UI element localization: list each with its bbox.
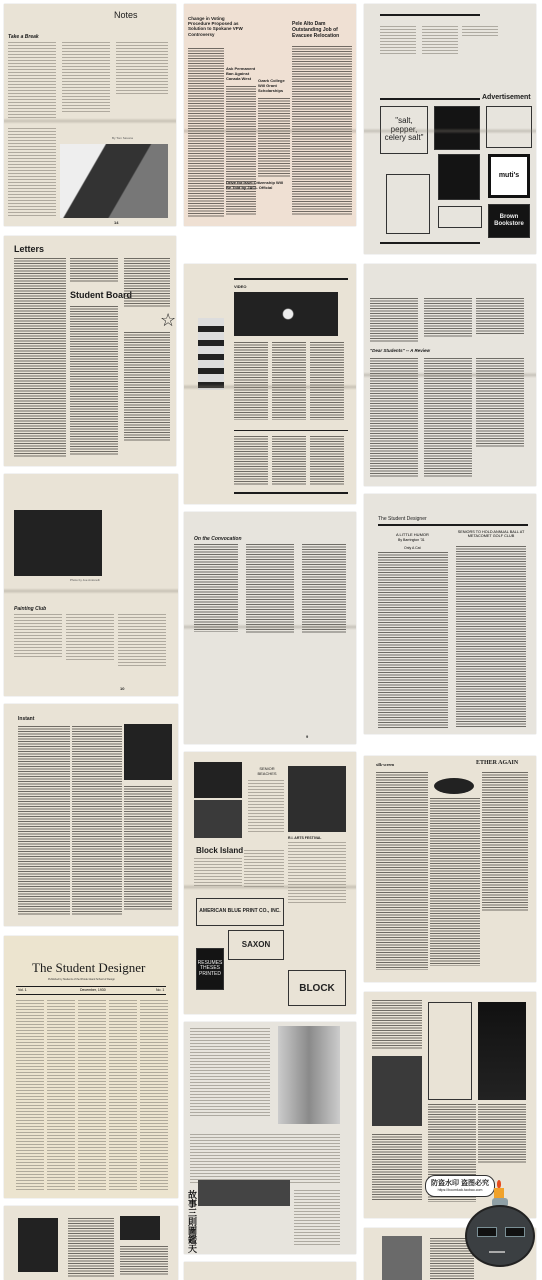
photo-blonde-portrait (382, 1236, 422, 1280)
ad-section-rule (380, 98, 480, 100)
ad-script[interactable] (438, 206, 482, 228)
page-fold (4, 588, 178, 594)
page-title: Letters (14, 244, 44, 254)
bomb-mascot-icon (465, 1205, 535, 1267)
page-fold (184, 128, 356, 134)
sunglasses-right (505, 1227, 525, 1237)
flame-icon (497, 1180, 501, 1188)
photo-caption: Photo by Joe Antonelli (70, 578, 100, 582)
text-column (14, 614, 62, 658)
text-column (190, 1028, 270, 1118)
page-student-designer-front[interactable]: The Student Designer Published by Studen… (4, 936, 178, 1198)
text-column (118, 614, 166, 666)
text-column (430, 798, 480, 966)
page-review[interactable]: "Dear Students" -- A Review (364, 264, 536, 486)
text-column (47, 1000, 75, 1190)
ad-block[interactable]: BLOCK (288, 970, 346, 1006)
page-japanese[interactable]: 故事三則圖鑑天 (184, 1022, 356, 1254)
text-column (194, 544, 238, 632)
masthead: The Student Designer (32, 960, 145, 976)
page-block-island[interactable]: SENIOR BEACHES R.I. ARTS FESTIVAL Block … (184, 752, 356, 1014)
ad-pot-o-rama[interactable] (486, 106, 532, 148)
article-heading: On the Convocation (194, 536, 242, 542)
text-column (456, 546, 526, 728)
issue-date: December, 1930 (80, 988, 106, 992)
masthead: The Student Designer (378, 516, 427, 522)
star-icon: ☆ (160, 310, 176, 331)
text-column (310, 342, 344, 420)
text-column (124, 258, 170, 308)
text-column (378, 552, 448, 728)
photo-bodybuilder (278, 1026, 340, 1124)
page-fold (364, 128, 536, 134)
page-fold (364, 372, 536, 378)
text-column (376, 772, 428, 970)
text-column (124, 332, 170, 442)
photo-face-strip (198, 318, 224, 390)
masthead-rule (16, 994, 166, 995)
article-heading: Take a Break (8, 34, 39, 40)
text-column (190, 1134, 340, 1184)
text-column (422, 26, 458, 56)
ad-mutis[interactable]: muti's (488, 154, 530, 198)
page-number: 14 (114, 220, 118, 225)
page-newspaper[interactable]: Change in Voting Procedure Proposed as S… (184, 4, 356, 226)
subhead: Only A Cat (404, 546, 421, 550)
headline: R.I. ARTS FESTIVAL (288, 836, 321, 840)
photo-statue (60, 144, 168, 218)
text-column (248, 780, 284, 834)
text-column (78, 1000, 106, 1190)
headline: Drive for Issei Citizenship Will Be Told… (226, 180, 286, 190)
text-column (482, 772, 528, 912)
text-column (370, 298, 418, 342)
text-column (18, 726, 70, 916)
photo-credit: By Tom Savona (112, 136, 133, 140)
photo-group (120, 1216, 160, 1240)
photo-reclining-figure (198, 1180, 290, 1206)
ad-american-blue-print[interactable]: AMERICAN BLUE PRINT CO., INC. (196, 898, 284, 926)
headline: Ask Permanent Ban Against Canada West (226, 66, 256, 81)
page-instant[interactable]: Instant (4, 704, 178, 926)
mouth (489, 1251, 505, 1253)
page-number: 10 (120, 686, 124, 691)
text-column (140, 1000, 168, 1190)
top-rule (234, 278, 348, 280)
page-number: 9 (306, 734, 308, 739)
top-rule (380, 14, 480, 16)
page-fold (184, 624, 356, 630)
vertical-title: 故事三則圖鑑天 (186, 1190, 199, 1253)
page-painting-club[interactable]: Photo by Joe Antonelli Painting Club 10 (4, 474, 178, 696)
page-video[interactable]: VIDEO (184, 264, 356, 504)
page-partial[interactable] (184, 1262, 356, 1280)
issue-number: No. 1 (156, 988, 164, 992)
page-title: VIDEO (234, 284, 246, 289)
mid-rule (234, 430, 348, 431)
masthead-subtitle: Published by Students of the Rhode Islan… (48, 978, 115, 981)
text-column (234, 436, 268, 486)
headline: Pele Alto Dam Outstanding Job of Evacuee… (292, 22, 352, 39)
text-column (70, 306, 118, 456)
article-heading: A LITTLE HUMOR (396, 532, 429, 537)
ad-geoffs-illustrated[interactable] (386, 174, 430, 234)
text-column (226, 86, 256, 216)
section-title: Advertisement (482, 94, 531, 101)
article-heading: Instant (18, 716, 34, 722)
text-column (14, 258, 66, 458)
text-column (234, 342, 268, 420)
photo-beach (194, 800, 242, 838)
page-advertisement[interactable]: Advertisement "salt, pepper, celery salt… (364, 4, 536, 254)
headline: Change in Voting Procedure Proposed as S… (188, 16, 246, 37)
text-column (66, 614, 114, 662)
photo-interior (124, 724, 172, 780)
text-column (120, 1246, 168, 1276)
watermark-text: 防盗水印 盗图必究 (431, 1180, 489, 1187)
text-column (478, 1104, 526, 1164)
text-column (372, 1134, 422, 1200)
text-column (272, 342, 306, 420)
article-heading: ETHER AGAIN (476, 760, 518, 766)
text-column (8, 42, 56, 118)
page-letters[interactable]: Letters Student Board ☆ (4, 236, 176, 466)
text-column (116, 42, 168, 94)
text-column (124, 786, 172, 910)
volume-label: Vol. 1 (18, 988, 27, 992)
photo-video-screen (234, 292, 338, 336)
watermark-bubble: 防盗水印 盗图必究 https://boomluck.taobao.com (425, 1175, 495, 1197)
text-column (258, 98, 290, 178)
article-heading: SENIORS TO HOLD ANNUAL BALL AT METACOMET… (456, 530, 526, 538)
section-title: Student Board (70, 290, 132, 300)
text-column (288, 842, 346, 904)
text-column (244, 850, 284, 888)
text-column (109, 1000, 137, 1190)
sunglasses-left (477, 1227, 497, 1237)
headline: Block Island (196, 846, 243, 855)
page-fold (184, 884, 356, 890)
photo-statue (288, 766, 346, 832)
page-fold (4, 118, 176, 124)
page-convocation[interactable]: On the Convocation 9 (184, 512, 356, 744)
lips-graphic (434, 778, 474, 794)
ad-brown-bookstore[interactable]: Brown Bookstore (488, 204, 530, 238)
watermark-url: https://boomluck.taobao.com (426, 1188, 494, 1192)
photo-woman (194, 762, 242, 798)
text-column (424, 298, 472, 338)
page-title: Notes (114, 10, 138, 20)
text-column (68, 1218, 114, 1278)
ad-saxon[interactable]: SAXON (228, 930, 284, 960)
watermark-mascot: 防盗水印 盗图必究 https://boomluck.taobao.com (420, 1170, 542, 1280)
photo-man-tshirt (372, 1056, 422, 1126)
text-column (246, 544, 294, 634)
text-column (294, 1190, 340, 1246)
masthead-rule (16, 986, 166, 987)
article-heading: Painting Club (14, 606, 46, 612)
text-column (302, 544, 346, 634)
text-column (8, 128, 56, 218)
photo-studio (14, 510, 102, 576)
bottom-rule (380, 242, 480, 244)
byline: By Barrington '31 (398, 538, 425, 542)
clipping-box (428, 1002, 472, 1100)
text-column (380, 26, 416, 56)
text-column (272, 436, 306, 486)
page-silk-screen[interactable]: silk-screen ETHER AGAIN (364, 756, 536, 982)
text-column (72, 726, 122, 916)
page-notes[interactable]: Notes Take a Break By Tom Savona 14 (4, 4, 176, 226)
bottom-rule (234, 492, 348, 494)
headline: SENIOR BEACHES (252, 766, 282, 776)
page-fold (184, 384, 356, 390)
text-column (16, 1000, 44, 1190)
ad-resumes[interactable]: RESUMES THESES PRINTED (196, 948, 224, 990)
article-heading: "Dear Students" -- A Review (370, 348, 430, 353)
text-column (62, 42, 110, 114)
masthead-rule (378, 524, 528, 526)
text-column (70, 258, 118, 282)
page-family-photo[interactable] (4, 1206, 178, 1280)
text-column (476, 298, 524, 334)
page-student-designer-inner[interactable]: The Student Designer A LITTLE HUMOR By B… (364, 494, 536, 734)
headline: Ozark College Will Grant Scholarships (258, 78, 290, 93)
text-column (372, 1000, 422, 1050)
text-column (462, 26, 498, 38)
text-column (310, 436, 344, 486)
photo-portrait-light (478, 1002, 526, 1100)
photo-family (18, 1218, 58, 1272)
article-heading: silk-screen (376, 762, 394, 767)
ad-dark-2[interactable] (438, 154, 480, 200)
